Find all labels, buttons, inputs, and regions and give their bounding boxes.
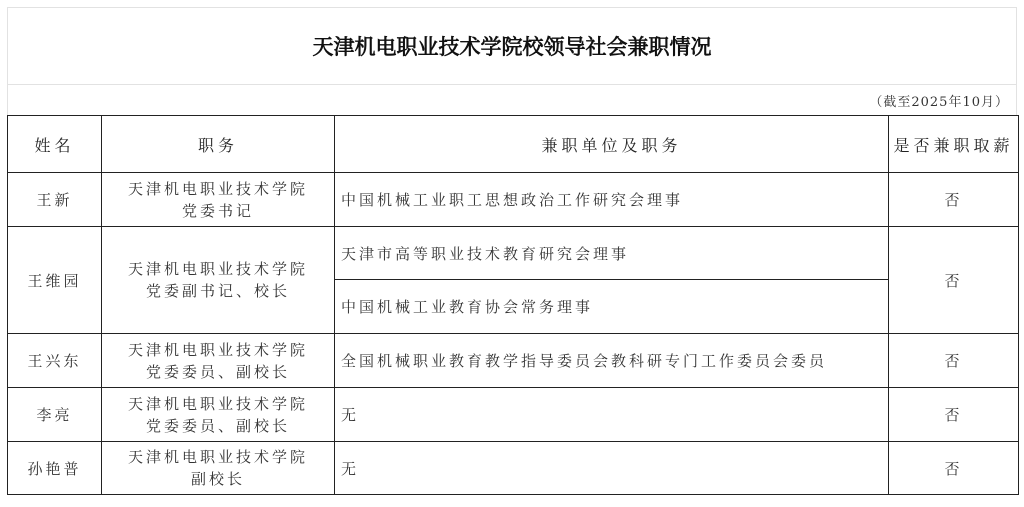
cell-paid: 否 bbox=[889, 227, 1019, 334]
table-row: 王兴东 天津机电职业技术学院 党委委员、副校长 全国机械职业教育教学指导委员会教… bbox=[8, 334, 1019, 388]
column-header-paid: 是否兼职取薪 bbox=[889, 116, 1019, 173]
cell-part-time-org: 全国机械职业教育教学指导委员会教科研专门工作委员会委员 bbox=[335, 334, 889, 388]
cell-position: 天津机电职业技术学院 党委副书记、校长 bbox=[102, 227, 335, 334]
cell-part-time-org: 中国机械工业职工思想政治工作研究会理事 bbox=[335, 173, 889, 227]
position-line: 党委书记 bbox=[102, 200, 334, 222]
cell-name: 王维园 bbox=[8, 227, 102, 334]
table-row: 王维园 天津机电职业技术学院 党委副书记、校长 天津市高等职业技术教育研究会理事… bbox=[8, 227, 1019, 280]
cell-name: 王新 bbox=[8, 173, 102, 227]
cell-name: 王兴东 bbox=[8, 334, 102, 388]
table-row: 李亮 天津机电职业技术学院 党委委员、副校长 无 否 bbox=[8, 388, 1019, 442]
part-time-positions-table: 姓名 职务 兼职单位及职务 是否兼职取薪 王新 天津机电职业技术学院 党委书记 … bbox=[7, 115, 1019, 495]
position-line: 党委委员、副校长 bbox=[102, 415, 334, 437]
cell-name: 孙艳普 bbox=[8, 442, 102, 495]
cell-position: 天津机电职业技术学院 党委书记 bbox=[102, 173, 335, 227]
column-header-name: 姓名 bbox=[8, 116, 102, 173]
cell-part-time-org: 无 bbox=[335, 442, 889, 495]
table-row: 孙艳普 天津机电职业技术学院 副校长 无 否 bbox=[8, 442, 1019, 495]
title-row: 天津机电职业技术学院校领导社会兼职情况 bbox=[7, 7, 1017, 85]
cell-name: 李亮 bbox=[8, 388, 102, 442]
cell-part-time-org: 中国机械工业教育协会常务理事 bbox=[335, 280, 889, 334]
position-line: 天津机电职业技术学院 bbox=[102, 339, 334, 361]
position-line: 天津机电职业技术学院 bbox=[102, 178, 334, 200]
cell-position: 天津机电职业技术学院 党委委员、副校长 bbox=[102, 334, 335, 388]
cell-paid: 否 bbox=[889, 334, 1019, 388]
date-row: （截至2025年10月） bbox=[7, 85, 1017, 115]
cell-part-time-org: 无 bbox=[335, 388, 889, 442]
table-header-row: 姓名 职务 兼职单位及职务 是否兼职取薪 bbox=[8, 116, 1019, 173]
position-line: 天津机电职业技术学院 bbox=[102, 393, 334, 415]
position-line: 天津机电职业技术学院 bbox=[102, 258, 334, 280]
cell-paid: 否 bbox=[889, 173, 1019, 227]
column-header-part-time-org: 兼职单位及职务 bbox=[335, 116, 889, 173]
position-line: 党委副书记、校长 bbox=[102, 280, 334, 302]
cell-paid: 否 bbox=[889, 442, 1019, 495]
cell-part-time-org: 天津市高等职业技术教育研究会理事 bbox=[335, 227, 889, 280]
cell-position: 天津机电职业技术学院 党委委员、副校长 bbox=[102, 388, 335, 442]
cell-position: 天津机电职业技术学院 副校长 bbox=[102, 442, 335, 495]
position-line: 天津机电职业技术学院 bbox=[102, 446, 334, 468]
cell-paid: 否 bbox=[889, 388, 1019, 442]
position-line: 党委委员、副校长 bbox=[102, 361, 334, 383]
as-of-date: （截至2025年10月） bbox=[869, 91, 1009, 110]
table-row: 王新 天津机电职业技术学院 党委书记 中国机械工业职工思想政治工作研究会理事 否 bbox=[8, 173, 1019, 227]
column-header-position: 职务 bbox=[102, 116, 335, 173]
page-title: 天津机电职业技术学院校领导社会兼职情况 bbox=[313, 31, 712, 61]
position-line: 副校长 bbox=[102, 468, 334, 490]
